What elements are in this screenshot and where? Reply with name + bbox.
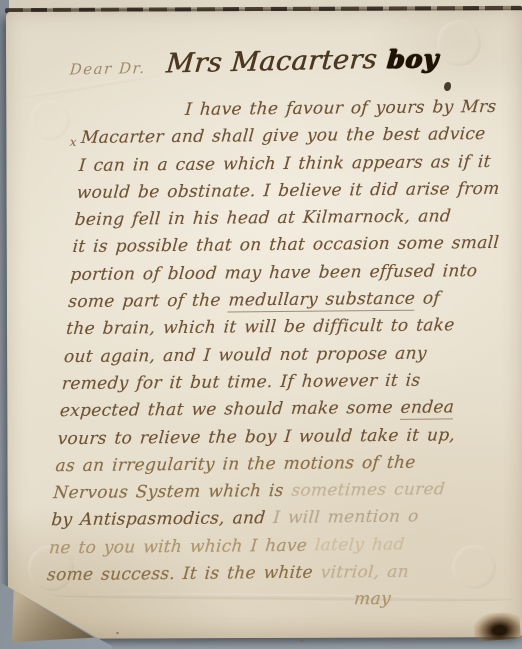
letter-body: x I have the favour of yours by Mrs Maca… (44, 94, 516, 617)
catchword: may (44, 585, 478, 616)
letter-line: as an irregularity in the motions of the (54, 449, 488, 480)
burn-mark (473, 611, 521, 641)
salutation: Dear Dr. (69, 59, 147, 79)
letter-line: portion of blood may have been effused i… (69, 258, 503, 289)
letter-line: by Antispasmodics, and I will mention o (50, 503, 484, 534)
letter-line: some success. It is the white vitriol, a… (46, 558, 480, 589)
blind-stamp (30, 100, 70, 140)
letter-line: out again, and I would not propose any (63, 340, 497, 371)
letter-line: some part of the medullary substance of (67, 285, 501, 316)
letter-line: would be obstinate. I believe it did ari… (76, 176, 510, 207)
letter-line: Macarter and shall give you the best adv… (80, 121, 514, 152)
letter-line: Nervous System which is sometimes cured (52, 476, 486, 507)
letter-line: remedy for it but time. If however it is (61, 367, 495, 398)
letter-line: ne to you with which I have lately had (48, 531, 482, 562)
letter-line: the brain, which it will be difficult to… (65, 312, 499, 343)
letter-line: vours to relieve the boy I would take it… (57, 422, 491, 453)
letter-line: I can in a case which I think appears as… (78, 148, 512, 179)
letter-line: it is possible that on that occasion som… (71, 230, 505, 261)
paper-speck (300, 640, 304, 642)
docket-name: Mrs Macarters (165, 44, 379, 79)
docket-annotation: boy (386, 44, 440, 74)
letter-line: expected that we should make some endea (59, 394, 493, 425)
letter-line: I have the favour of yours by Mrs (82, 94, 516, 125)
letter-line: being fell in his head at Kilmarnock, an… (74, 203, 508, 234)
photograph-background: Dear Dr.Mrs Macartersboy x I have the fa… (0, 0, 522, 649)
paper-speck (116, 632, 119, 634)
